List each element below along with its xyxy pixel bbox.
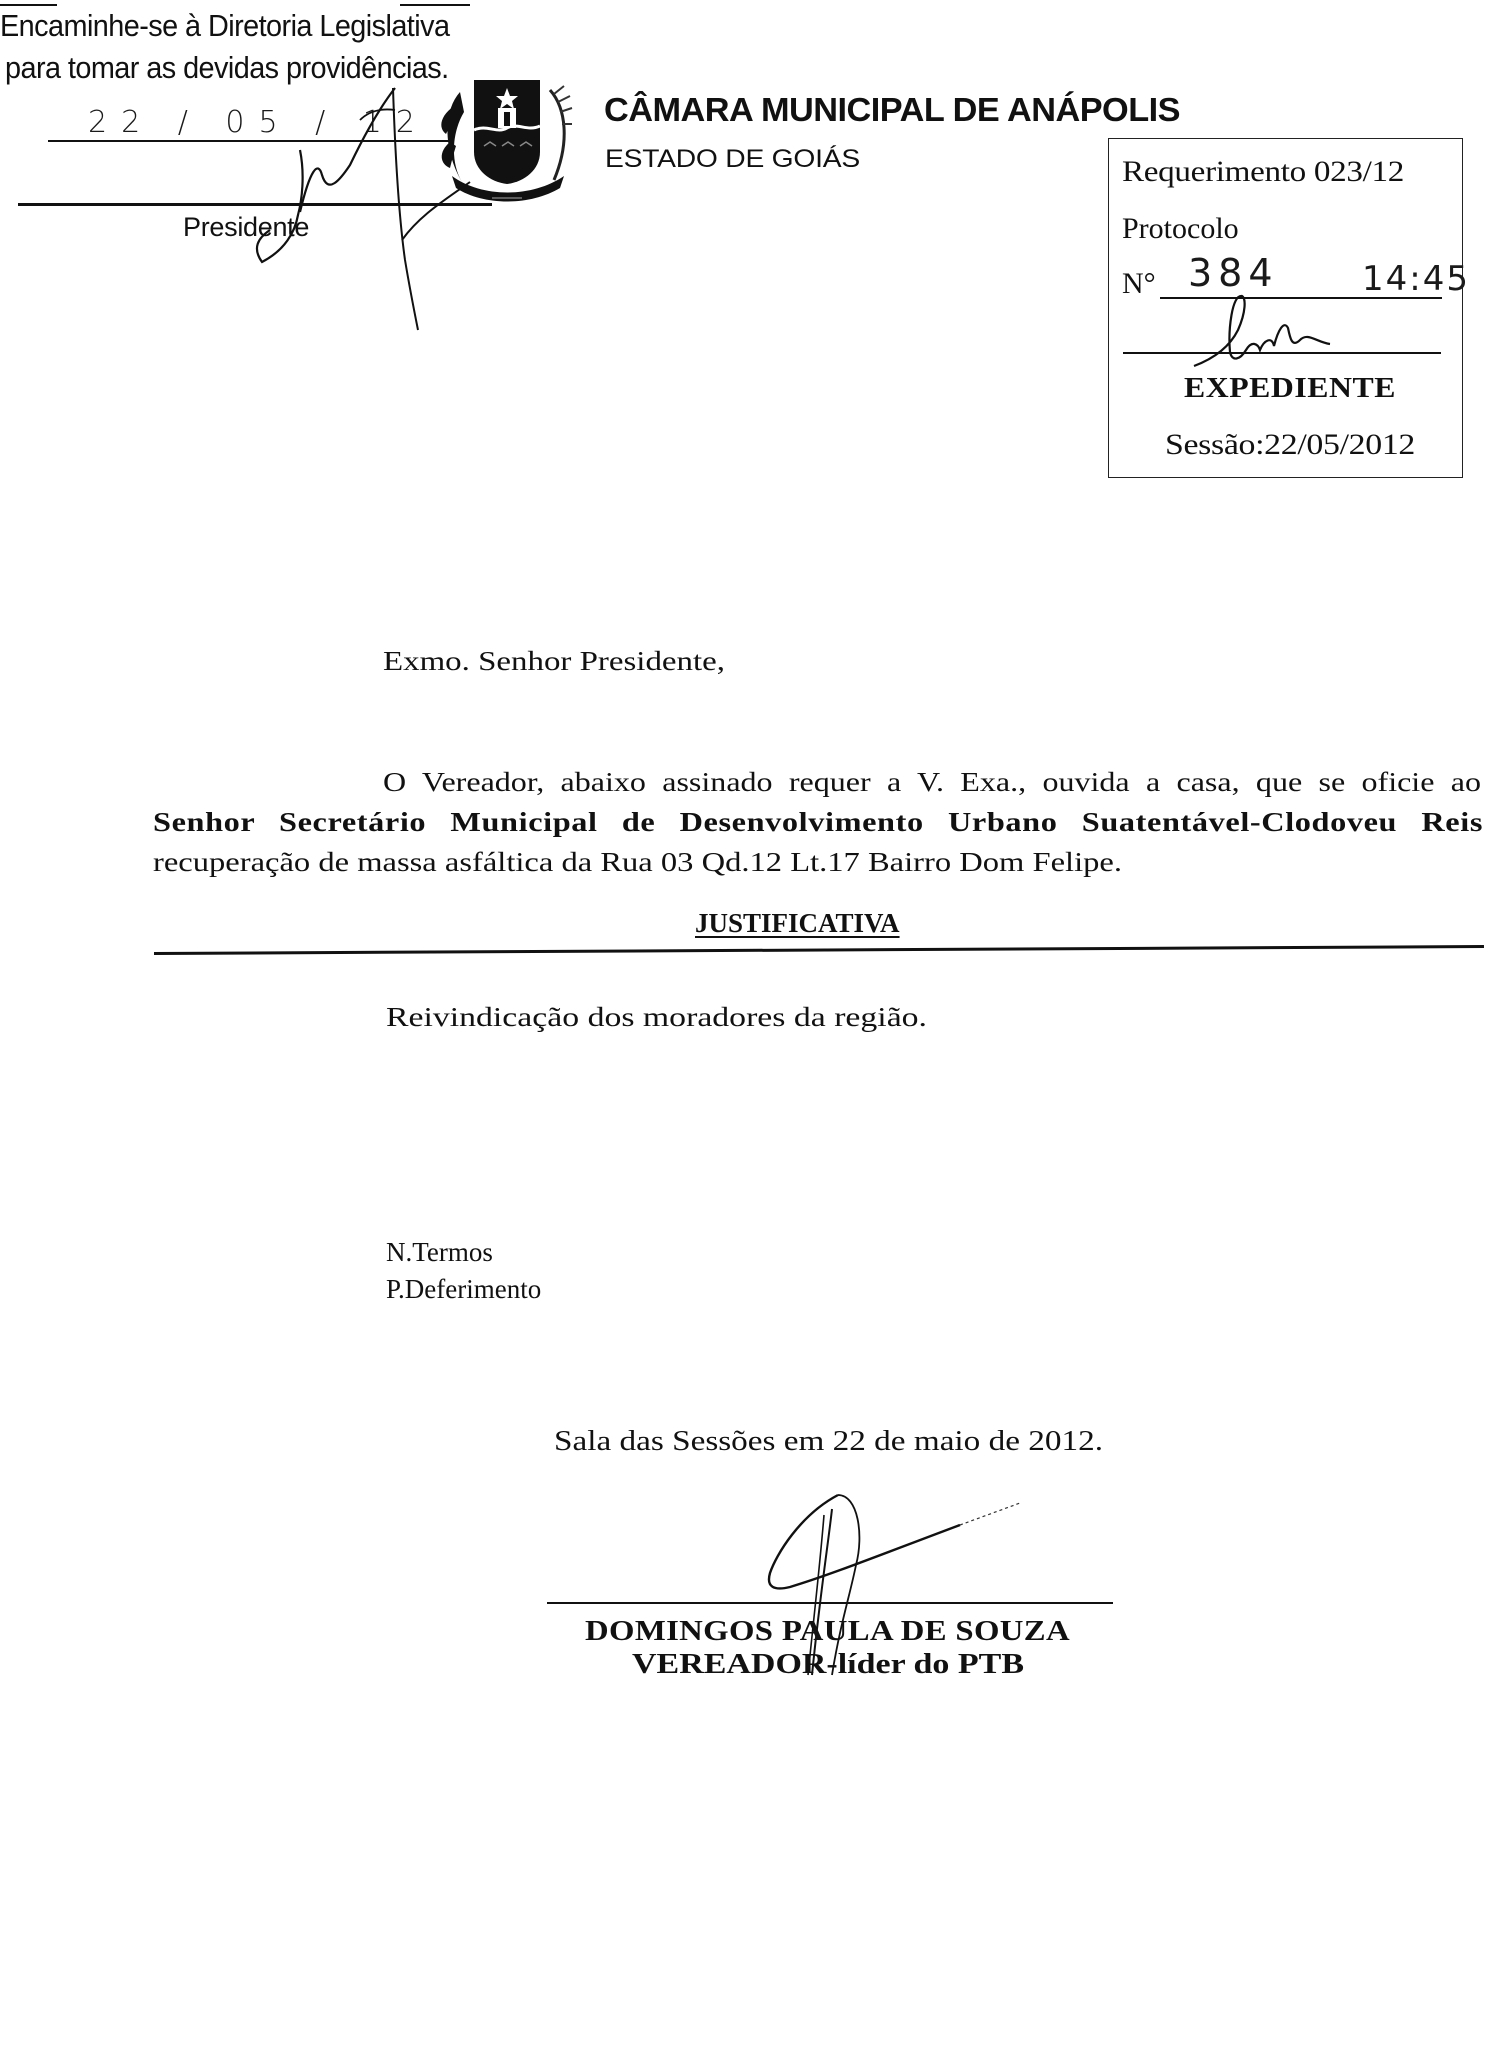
coat-of-arms-icon	[432, 72, 580, 212]
closing-line-2: P.Deferimento	[386, 1276, 541, 1303]
protocol-number-handwritten: 384	[1188, 254, 1279, 292]
justification-text: Reivindicação dos moradores da região.	[386, 1004, 927, 1031]
institution-name: CÂMARA MUNICIPAL DE ANÁPOLIS	[604, 93, 1180, 126]
protocol-label: Protocolo	[1122, 214, 1239, 244]
protocol-time-handwritten: 14:45	[1362, 262, 1470, 296]
request-addressee: Senhor Secretário Municipal de Desenvolv…	[153, 809, 1483, 836]
request-number-label: Requerimento 023/12	[1122, 157, 1404, 187]
session-date: Sessão:22/05/2012	[1165, 430, 1415, 460]
state-name: ESTADO DE GOIÁS	[605, 147, 860, 172]
signature-line	[547, 1602, 1113, 1604]
signatory-title: VEREADOR-líder do PTB	[632, 1651, 1024, 1679]
place-and-date: Sala das Sessões em 22 de maio de 2012.	[554, 1428, 1103, 1456]
protocol-number-prefix: N°	[1122, 269, 1156, 299]
protocol-signature-line	[1123, 352, 1441, 354]
expediente-label: EXPEDIENTE	[1184, 374, 1396, 403]
request-paragraph-line-1: O Vereador, abaixo assinado requer a V. …	[383, 769, 1481, 796]
salutation: Exmo. Senhor Presidente,	[383, 648, 725, 675]
request-subject: recuperação de massa asfáltica da Rua 03…	[153, 849, 1122, 876]
justification-divider	[154, 945, 1484, 954]
justification-heading: JUSTIFICATIVA	[695, 910, 900, 937]
closing-line-1: N.Termos	[386, 1239, 493, 1266]
protocol-clerk-signature	[1180, 290, 1360, 370]
signatory-name: DOMINGOS PAULA DE SOUZA	[585, 1618, 1070, 1646]
